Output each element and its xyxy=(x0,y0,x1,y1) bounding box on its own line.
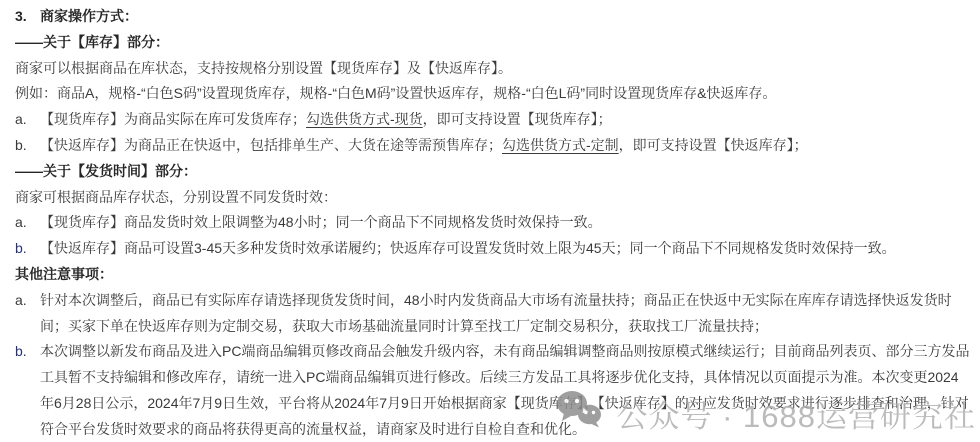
notes-heading: 其他注意事项： xyxy=(15,262,972,288)
section-number: 3. xyxy=(15,4,40,30)
list-item-text: 针对本次调整后，商品已有实际库存请选择现货发货时间，48小时内发货商品大市场有流… xyxy=(40,288,972,340)
item-text-pre: 【现货库存】为商品实际在库可发货库存； xyxy=(40,111,306,127)
list-marker: b. xyxy=(15,339,40,442)
item-text-post: ，即可支持设置【快返库存】； xyxy=(619,137,808,153)
list-marker: a. xyxy=(15,210,40,236)
inventory-intro: 商家可以根据商品在库状态，支持按规格分别设置【现货库存】及【快返库存】。 xyxy=(15,56,972,82)
inventory-example: 例如：商品A，规格-“白色S码”设置现货库存，规格-“白色M码”设置快返库存，规… xyxy=(15,81,972,107)
document-body: 3. 商家操作方式： ——关于【库存】部分： 商家可以根据商品在库状态，支持按规… xyxy=(0,0,980,442)
list-item: b. 【快返库存】为商品正在快返中，包括排单生产、大货在途等需预售库存；勾选供货… xyxy=(15,133,972,159)
item-text-pre: 【快返库存】为商品正在快返中，包括排单生产、大货在途等需预售库存； xyxy=(40,137,502,153)
list-item-text: 本次调整以新发布商品及进入PC端商品编辑页修改商品会触发升级内容，未有商品编辑调… xyxy=(40,339,972,442)
list-marker: b. xyxy=(15,236,40,262)
section-title: 3. 商家操作方式： xyxy=(15,4,972,30)
list-item: a. 针对本次调整后，商品已有实际库存请选择现货发货时间，48小时内发货商品大市… xyxy=(15,288,972,340)
section-title-text: 商家操作方式： xyxy=(40,4,138,30)
list-item-text: 【现货库存】为商品实际在库可发货库存；勾选供货方式-现货，即可支持设置【现货库存… xyxy=(40,107,972,133)
list-marker: a. xyxy=(15,288,40,340)
item-text-underlined: 勾选供货方式-定制 xyxy=(502,137,619,153)
list-item: a. 【现货库存】为商品实际在库可发货库存；勾选供货方式-现货，即可支持设置【现… xyxy=(15,107,972,133)
item-text-post: ，即可支持设置【现货库存】； xyxy=(423,111,612,127)
item-text-underlined: 勾选供货方式-现货 xyxy=(306,111,423,127)
list-item-text: 【快返库存】为商品正在快返中，包括排单生产、大货在途等需预售库存；勾选供货方式-… xyxy=(40,133,972,159)
list-item-text: 【现货库存】商品发货时效上限调整为48小时；同一个商品下不同规格发货时效保持一致… xyxy=(40,210,972,236)
list-item: a. 【现货库存】商品发货时效上限调整为48小时；同一个商品下不同规格发货时效保… xyxy=(15,210,972,236)
list-marker: b. xyxy=(15,133,40,159)
list-item: b. 【快返库存】商品可设置3-45天多种发货时效承诺履约；快返库存可设置发货时… xyxy=(15,236,972,262)
list-marker: a. xyxy=(15,107,40,133)
delivery-heading: ——关于【发货时间】部分： xyxy=(15,159,972,185)
delivery-intro: 商家可根据商品库存状态，分别设置不同发货时效： xyxy=(15,185,972,211)
list-item-text: 【快返库存】商品可设置3-45天多种发货时效承诺履约；快返库存可设置发货时效上限… xyxy=(40,236,972,262)
inventory-heading: ——关于【库存】部分： xyxy=(15,30,972,56)
list-item: b. 本次调整以新发布商品及进入PC端商品编辑页修改商品会触发升级内容，未有商品… xyxy=(15,339,972,442)
